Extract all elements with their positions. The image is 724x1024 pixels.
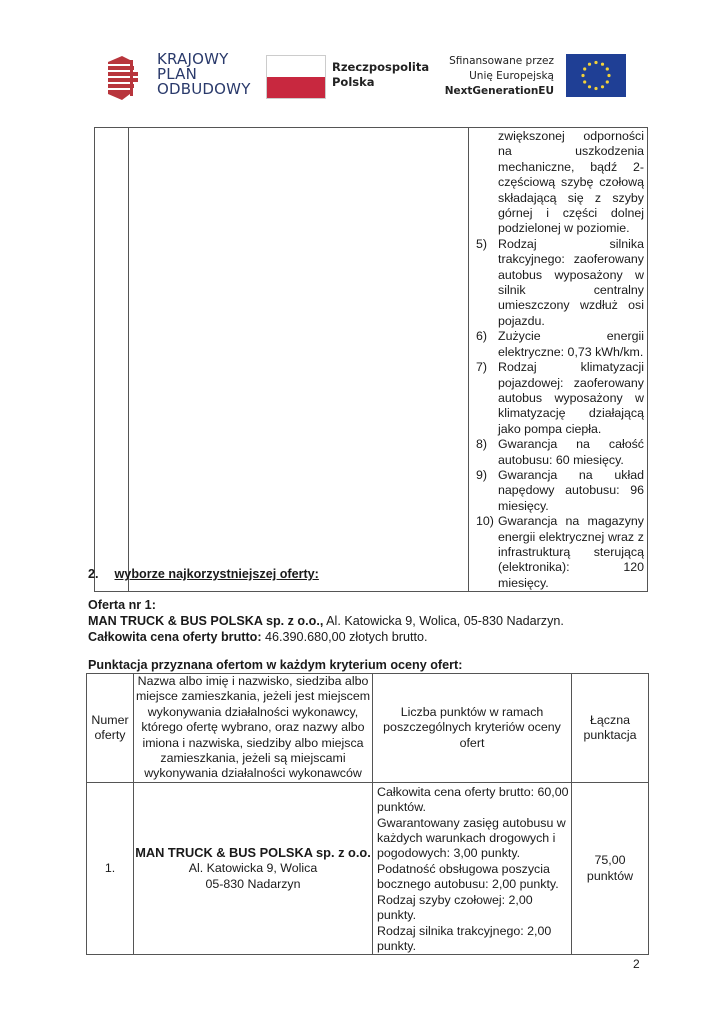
header-points: Liczba punktów w ramach poszczególnych k… (373, 674, 572, 783)
item-text: Gwarancja na układ napędowy autobusu: 96… (498, 468, 644, 514)
continued-text: zwiększonej odporności na uszkodzenia me… (472, 129, 644, 237)
contractor-address-2: 05-830 Nadarzyn (134, 877, 372, 892)
kpo-line-3: ODBUDOWY (157, 82, 251, 97)
rzeczpospolita-text: Rzeczpospolita Polska (332, 60, 429, 90)
criterion-score: Podatność obsługowa poszycia bocznego au… (377, 862, 569, 893)
eu-line-1: Sfinansowane przez (440, 54, 554, 69)
rp-line-2: Polska (332, 75, 429, 90)
contractor-name: MAN TRUCK & BUS POLSKA sp. z o.o. (135, 845, 371, 860)
total-unit: punktów (572, 869, 648, 884)
offer-summary: Oferta nr 1: MAN TRUCK & BUS POLSKA sp. … (88, 597, 564, 645)
item-number: 10) (472, 514, 498, 591)
item-text: Rodzaj klimatyzacji pojazdowej: zaoferow… (498, 360, 644, 437)
header-total: Łączna punktacja (572, 674, 649, 783)
item-text: Zużycie energii elektryczne: 0,73 kWh/km… (498, 329, 644, 360)
kpo-logo-text: KRAJOWY PLAN ODBUDOWY (157, 52, 251, 97)
score-table: Numer oferty Nazwa albo imię i nazwisko,… (86, 673, 649, 955)
item-number: 5) (472, 237, 498, 329)
item-text: Gwarancja na całość autobusu: 60 miesięc… (498, 437, 644, 468)
item-text: Gwarancja na magazyny energii elektryczn… (498, 514, 644, 591)
empty-cell (129, 128, 469, 592)
scoring-heading: Punktacja przyznana ofertom w każdym kry… (88, 657, 462, 673)
contractor-cell: MAN TRUCK & BUS POLSKA sp. z o.o. Al. Ka… (134, 782, 373, 954)
criterion-score: Rodzaj szyby czołowej: 2,00 punkty. (377, 893, 569, 924)
price-label: Całkowita cena oferty brutto: (88, 630, 262, 644)
offer-number: 1. (87, 782, 134, 954)
eu-line-2: Unię Europejską (440, 69, 554, 84)
criteria-item: 5)Rodzaj silnika trakcyjnego: zaoferowan… (472, 237, 644, 329)
criteria-item: 7)Rodzaj klimatyzacji pojazdowej: zaofer… (472, 360, 644, 437)
item-number: 9) (472, 468, 498, 514)
offer-label: Oferta nr 1: (88, 598, 156, 612)
offer-company: MAN TRUCK & BUS POLSKA sp. z o.o., (88, 614, 323, 628)
eu-line-3: NextGenerationEU (440, 84, 554, 99)
section-number: 2. (88, 567, 99, 581)
page-number: 2 (633, 957, 640, 971)
criteria-points-cell: Całkowita cena oferty brutto: 60,00 punk… (373, 782, 572, 954)
kpo-logo-icon (108, 56, 150, 100)
item-number: 8) (472, 437, 498, 468)
price-value: 46.390.680,00 złotych brutto. (262, 630, 428, 644)
polish-flag-icon (266, 55, 326, 99)
item-text: Rodzaj silnika trakcyjnego: zaoferowany … (498, 237, 644, 329)
header-contractor: Nazwa albo imię i nazwisko, siedziba alb… (134, 674, 373, 783)
section-2-heading: 2.wyborze najkorzystniejszej oferty: (88, 566, 319, 582)
eu-funding-text: Sfinansowane przez Unię Europejską NextG… (440, 54, 554, 99)
contractor-address-1: Al. Katowicka 9, Wolica (134, 861, 372, 876)
total-value: 75,00 (572, 853, 648, 868)
criterion-score: Gwarantowany zasięg autobusu w każdych w… (377, 816, 569, 862)
criteria-item: 6)Zużycie energii elektryczne: 0,73 kWh/… (472, 329, 644, 360)
criteria-item: 9)Gwarancja na układ napędowy autobusu: … (472, 468, 644, 514)
criteria-list-cell: zwiększonej odporności na uszkodzenia me… (469, 128, 648, 592)
section-title: wyborze najkorzystniejszej oferty: (115, 567, 319, 581)
score-table-header: Numer oferty Nazwa albo imię i nazwisko,… (87, 674, 649, 783)
page-header: KRAJOWY PLAN ODBUDOWY Rzeczpospolita Pol… (0, 0, 724, 120)
total-score-cell: 75,00 punktów (572, 782, 649, 954)
item-number: 6) (472, 329, 498, 360)
header-offer-number: Numer oferty (87, 674, 134, 783)
criteria-item: 8)Gwarancja na całość autobusu: 60 miesi… (472, 437, 644, 468)
eu-flag-icon (566, 54, 626, 97)
item-number: 7) (472, 360, 498, 437)
criterion-score: Całkowita cena oferty brutto: 60,00 punk… (377, 785, 569, 816)
criteria-table-continuation: zwiększonej odporności na uszkodzenia me… (94, 127, 648, 592)
criterion-score: Rodzaj silnika trakcyjnego: 2,00 punkty. (377, 924, 569, 955)
offer-address: Al. Katowicka 9, Wolica, 05-830 Nadarzyn… (323, 614, 564, 628)
criteria-item: 10)Gwarancja na magazyny energii elektry… (472, 514, 644, 591)
rp-line-1: Rzeczpospolita (332, 60, 429, 75)
empty-cell (95, 128, 129, 592)
table-row: 1. MAN TRUCK & BUS POLSKA sp. z o.o. Al.… (87, 782, 649, 954)
